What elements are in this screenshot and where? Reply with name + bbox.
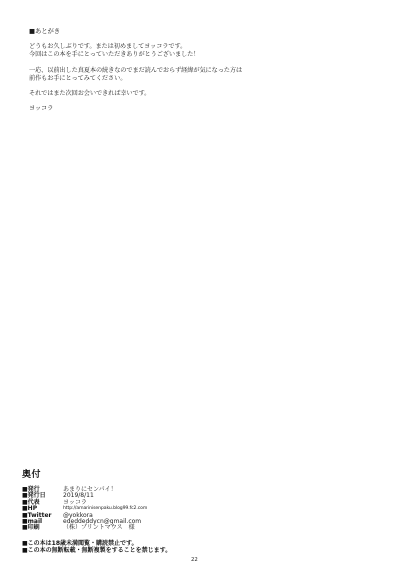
afterword-line: それではまた次回お会いできれば幸いです。 bbox=[29, 90, 289, 98]
afterword-paragraph: どうもお久しぶりです。または初めましてヨッコラです。 今回はこの本を手にとってい… bbox=[29, 43, 289, 59]
document-page: ■あとがき どうもお久しぶりです。または初めましてヨッコラです。 今回はこの本を… bbox=[0, 0, 400, 566]
colophon-section: 奥付 ■発行 あまりにセンパイ！ ■発行日 2019/8/11 ■代表 ヨッコラ… bbox=[22, 467, 242, 532]
colophon-value: （株）プリントマウス 様 bbox=[63, 525, 135, 531]
afterword-line: 一応、以前出した真夏本の続きなのでまだ読んでおらず経緯が気になった方は bbox=[29, 67, 289, 75]
afterword-heading: ■あとがき bbox=[29, 27, 289, 35]
colophon-table: ■発行 あまりにセンパイ！ ■発行日 2019/8/11 ■代表 ヨッコラ ■H… bbox=[22, 487, 242, 532]
afterword-section: ■あとがき どうもお久しぶりです。または初めましてヨッコラです。 今回はこの本を… bbox=[29, 27, 289, 120]
afterword-paragraph: それではまた次回お会いできれば幸いです。 bbox=[29, 90, 289, 98]
afterword-signature: ヨッコラ bbox=[29, 105, 289, 113]
page-number: 22 bbox=[191, 557, 198, 563]
colophon-label: ■印刷 bbox=[22, 525, 63, 531]
author-signature: ヨッコラ bbox=[29, 105, 289, 113]
legal-notices: ■この本は18歳未満閲覧・購読禁止です。 ■この本の無断転載・無断複製をすること… bbox=[22, 541, 171, 554]
afterword-line: 前作もお手にとってみてください。 bbox=[29, 75, 289, 83]
notice-copyright: ■この本の無断転載・無断複製をすることを禁じます。 bbox=[22, 548, 171, 555]
afterword-line: 今回はこの本を手にとっていただきありがとうございました！ bbox=[29, 51, 289, 59]
colophon-title: 奥付 bbox=[22, 467, 242, 480]
afterword-paragraph: 一応、以前出した真夏本の続きなのでまだ読んでおらず経緯が気になった方は 前作もお… bbox=[29, 67, 289, 83]
colophon-row-printer: ■印刷 （株）プリントマウス 様 bbox=[22, 525, 242, 531]
